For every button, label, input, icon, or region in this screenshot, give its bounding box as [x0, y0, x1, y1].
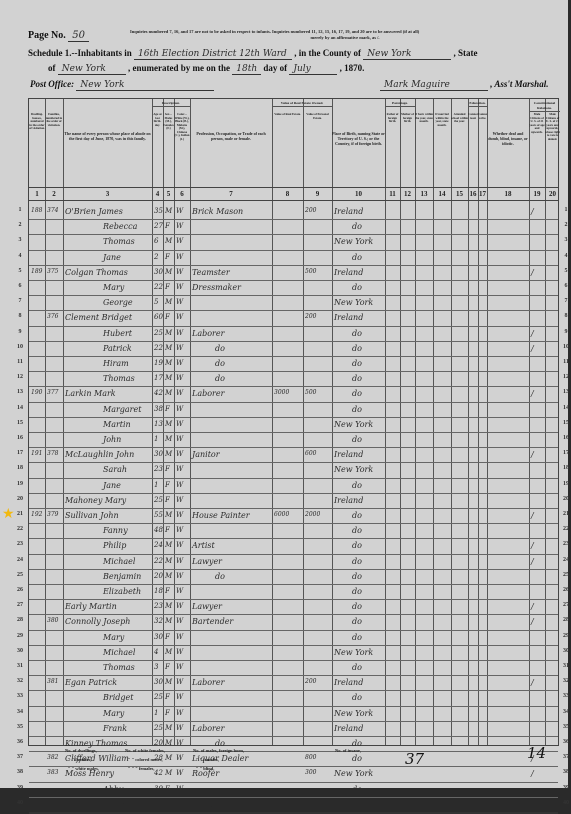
day-value: 18th: [232, 64, 261, 75]
cell-age: 5: [154, 298, 158, 306]
cell-dwelling: 189: [31, 268, 42, 275]
row-number-right: 11: [560, 359, 571, 365]
cell-sex: F: [165, 405, 170, 413]
column-header-10: Place of Birth, naming State or Territor…: [332, 131, 385, 146]
column-number-2: 2: [45, 190, 63, 198]
state-label: , State: [454, 48, 478, 58]
cell-occupation: do: [215, 739, 225, 748]
cell-age: 25: [154, 329, 163, 337]
column-header-16: Cannot read.: [468, 113, 478, 183]
row-number-left: 13: [14, 389, 26, 395]
cell-name: Abby: [103, 785, 124, 794]
page-no-value: 50: [68, 30, 89, 42]
cell-personal: 200: [305, 207, 316, 214]
cell-birth: Ireland: [334, 678, 363, 687]
footer-blind: " " blind,: [196, 766, 214, 771]
cell-dwelling: 191: [31, 450, 42, 457]
cell-personal: 600: [305, 450, 316, 457]
cell-color: W: [176, 785, 183, 793]
cell-sex: M: [165, 268, 172, 276]
cell-birth: do: [352, 405, 362, 414]
cell-color: W: [176, 344, 183, 352]
cell-birth: New York: [334, 420, 373, 429]
footer-families: " " families,: [68, 757, 91, 762]
cell-birth: do: [352, 557, 362, 566]
cell-age: 39: [154, 785, 163, 793]
row-number-right: 10: [560, 344, 571, 350]
cell-c19: /: [531, 678, 534, 687]
column-number-12: 12: [400, 190, 415, 198]
cell-sex: M: [165, 420, 172, 428]
cell-name: Colgan Thomas: [65, 268, 128, 277]
marshal-name: Mark Maguire: [380, 80, 488, 91]
cell-personal: 300: [305, 769, 316, 776]
row-number-left: 28: [14, 617, 26, 623]
cell-occupation: Laborer: [192, 389, 224, 398]
column-header-5: Sex.--Males (M.), Females (F.): [163, 113, 174, 183]
cell-color: W: [176, 313, 183, 321]
cell-sex: F: [165, 709, 170, 717]
cell-personal: 200: [305, 313, 316, 320]
notice-line-2: merely by an affirmative mark, as /.: [130, 35, 560, 41]
footer-white-males: " " white males,: [68, 766, 99, 771]
cell-age: 3: [154, 663, 158, 671]
cell-personal: 800: [305, 754, 316, 761]
state-value: New York: [58, 64, 126, 75]
cell-occupation: Teamster: [192, 268, 230, 277]
header-bottom-divider: [29, 187, 558, 188]
row-number-left: 38: [14, 769, 26, 775]
cell-color: W: [176, 709, 183, 717]
row-number-left: 18: [14, 465, 26, 471]
cell-age: 22: [154, 557, 163, 565]
cell-color: W: [176, 283, 183, 291]
cell-age: 22: [154, 344, 163, 352]
group-header-constitutional: Constitutional Relations.: [529, 101, 560, 112]
cell-sex: M: [165, 511, 172, 519]
row-number-right: 28: [560, 617, 571, 623]
cell-c19: /: [531, 450, 534, 459]
footer-foreign-females: " " females,: [196, 757, 219, 762]
cell-sex: F: [165, 693, 170, 701]
cell-sex: M: [165, 207, 172, 215]
cell-age: 19: [154, 359, 163, 367]
cell-family: 383: [47, 769, 58, 776]
column-number-5: 5: [163, 190, 174, 198]
cell-birth: Ireland: [334, 207, 363, 216]
row-number-right: 25: [560, 572, 571, 578]
tally-37: 37: [405, 750, 424, 768]
row-number-right: 38: [560, 769, 571, 775]
cell-name: Thomas: [103, 237, 135, 246]
row-number-left: 26: [14, 587, 26, 593]
row-number-right: 16: [560, 435, 571, 441]
column-header-9: Value of Personal Estate.: [303, 113, 332, 183]
cell-name: Hubert: [103, 329, 132, 338]
cell-age: 27: [154, 222, 163, 230]
cell-birth: Ireland: [334, 268, 363, 277]
row-number-right: 9: [560, 329, 571, 335]
cell-family: 376: [47, 313, 58, 320]
column-number-9: 9: [303, 190, 332, 198]
cell-age: 13: [154, 420, 163, 428]
group-header-description: Description.: [152, 101, 190, 107]
column-header-8: Value of Real Estate.: [272, 113, 303, 183]
cell-age: 30: [154, 678, 163, 686]
column-header-6: Color.--White (W.), Black (B.), Mulatto …: [174, 113, 190, 183]
census-page: Page No. 50 Inquiries numbered 7, 16, an…: [0, 0, 568, 788]
cell-color: W: [176, 207, 183, 215]
cell-family: 380: [47, 617, 58, 624]
inquiry-notice: Inquiries numbered 7, 16, and 17 are not…: [130, 29, 560, 41]
cell-occupation: do: [215, 359, 225, 368]
column-number-10: 10: [332, 190, 385, 198]
cell-birth: do: [352, 785, 362, 794]
cell-sex: M: [165, 359, 172, 367]
cell-dwelling: 190: [31, 389, 42, 396]
row-number-left: 36: [14, 739, 26, 745]
row-number-left: 39: [14, 785, 26, 791]
cell-color: W: [176, 633, 183, 641]
cell-sex: M: [165, 617, 172, 625]
cell-name: Sullivan John: [65, 511, 119, 520]
cell-birth: do: [352, 359, 362, 368]
cell-birth: Ireland: [334, 313, 363, 322]
row-number-right: 39: [560, 785, 571, 791]
cell-occupation: Artist: [192, 541, 215, 550]
column-header-3: The name of every person whose place of …: [63, 131, 152, 141]
cell-family: 382: [47, 754, 58, 761]
census-table: Dwelling-houses, numbered in the order o…: [28, 98, 559, 746]
row-number-left: 20: [14, 496, 26, 502]
cell-name: Jane: [103, 481, 121, 490]
cell-c19: /: [531, 268, 534, 277]
cell-birth: do: [352, 602, 362, 611]
year-value: , 1870.: [340, 63, 365, 73]
column-number-7: 7: [190, 190, 272, 198]
cell-name: Mary: [103, 633, 124, 642]
cell-personal: 200: [305, 678, 316, 685]
cell-name: McLaughlin John: [65, 450, 134, 459]
column-number-14: 14: [433, 190, 451, 198]
cell-sex: M: [165, 344, 172, 352]
cell-family: 378: [47, 450, 58, 457]
row-number-left: 37: [14, 754, 26, 760]
cell-birth: do: [352, 344, 362, 353]
column-number-1: 1: [29, 190, 45, 198]
column-header-19: Male Citizens of U. S. of 21 years of ag…: [529, 113, 545, 183]
cell-birth: do: [352, 587, 362, 596]
cell-age: 22: [154, 283, 163, 291]
row-number-left: 3: [14, 237, 26, 243]
row-number-left: 1: [14, 207, 26, 213]
cell-birth: do: [352, 511, 362, 520]
cell-name: Kinney Thomas: [65, 739, 127, 748]
row-number-left: 12: [14, 374, 26, 380]
cell-occupation: Laborer: [192, 678, 224, 687]
cell-sex: M: [165, 769, 172, 777]
row-number-left: 4: [14, 253, 26, 259]
footer-insane: No. of insane,: [335, 748, 361, 753]
cell-color: W: [176, 572, 183, 580]
cell-color: W: [176, 222, 183, 230]
enumeration-line: of New York , enumerated by me on the 18…: [48, 63, 364, 75]
cell-occupation: Brick Mason: [192, 207, 243, 216]
column-header-2: Families, numbered in the order of visit…: [45, 113, 63, 183]
cell-age: 38: [154, 405, 163, 413]
row-number-left: 31: [14, 663, 26, 669]
row-number-right: 5: [560, 268, 571, 274]
cell-color: W: [176, 450, 183, 458]
cell-c19: /: [531, 617, 534, 626]
cell-occupation: do: [215, 374, 225, 383]
cell-birth: do: [352, 374, 362, 383]
group-header-parentage: Parentage.: [385, 101, 415, 107]
cell-c19: /: [531, 344, 534, 353]
cell-color: W: [176, 587, 183, 595]
cell-occupation: House Painter: [192, 511, 250, 520]
column-header-20: Male Citizens of U. S. of 21 years and u…: [545, 113, 560, 183]
cell-name: George: [103, 298, 133, 307]
cell-sex: F: [165, 465, 170, 473]
cell-sex: M: [165, 374, 172, 382]
cell-color: W: [176, 268, 183, 276]
cell-age: 1: [154, 709, 158, 717]
cell-birth: New York: [334, 237, 373, 246]
cell-name: Egan Patrick: [65, 678, 117, 687]
row-number-right: 24: [560, 557, 571, 563]
cell-real: 3000: [274, 389, 289, 396]
cell-age: 25: [154, 724, 163, 732]
row-number-left: 33: [14, 693, 26, 699]
cell-age: 35: [154, 207, 163, 215]
cell-name: Hiram: [103, 359, 129, 368]
tally-14: 14: [527, 744, 546, 762]
cell-birth: do: [352, 663, 362, 672]
cell-age: 20: [154, 572, 163, 580]
row-number-right: 36: [560, 739, 571, 745]
cell-name: Michael: [103, 557, 135, 566]
column-header-12: Mother of foreign birth.: [400, 113, 415, 183]
row-number-right: 12: [560, 374, 571, 380]
row-number-right: 35: [560, 724, 571, 730]
schedule-line: Schedule 1.--Inhabitants in 16th Electio…: [28, 48, 478, 60]
of-label: of: [48, 63, 56, 73]
row-number-right: 26: [560, 587, 571, 593]
cell-family: 381: [47, 678, 58, 685]
cell-sex: M: [165, 237, 172, 245]
cell-name: Bridget: [103, 693, 133, 702]
cell-sex: F: [165, 587, 170, 595]
cell-name: Elizabeth: [103, 587, 141, 596]
cell-age: 55: [154, 511, 163, 519]
column-header-14: If married within the year, state month.: [433, 113, 451, 183]
row-number-right: 17: [560, 450, 571, 456]
cell-name: Mary: [103, 283, 124, 292]
cell-color: W: [176, 769, 183, 777]
cell-personal: 500: [305, 268, 316, 275]
column-number-8: 8: [272, 190, 303, 198]
cell-age: 42: [154, 769, 163, 777]
column-number-20: 20: [545, 190, 560, 198]
cell-name: Clement Bridget: [65, 313, 132, 322]
cell-birth: do: [352, 222, 362, 231]
footer-white-females: No. of white females,: [125, 748, 165, 753]
footer-foreign-males: No. of males, foreign born,: [193, 748, 244, 753]
cell-sex: M: [165, 329, 172, 337]
column-number-18: 18: [487, 190, 529, 198]
row-number-right: 1: [560, 207, 571, 213]
row-number-left: 29: [14, 633, 26, 639]
row-number-right: 2: [560, 222, 571, 228]
cell-personal: 2000: [305, 511, 320, 518]
row-number-right: 7: [560, 298, 571, 304]
row-number-left: 22: [14, 526, 26, 532]
column-header-1: Dwelling-houses, numbered in the order o…: [29, 113, 45, 183]
column-number-3: 3: [63, 190, 152, 198]
column-number-17: 17: [478, 190, 487, 198]
post-office-line: Post Office: New York: [30, 79, 214, 91]
column-header-13: If born within the year, state month.: [415, 113, 433, 183]
row-number-right: 23: [560, 541, 571, 547]
cell-birth: New York: [334, 648, 373, 657]
cell-color: W: [176, 754, 183, 762]
row-number-right: 22: [560, 526, 571, 532]
row-number-right: 29: [560, 633, 571, 639]
cell-c19: /: [531, 207, 534, 216]
footer-females: " " " females,: [128, 766, 155, 771]
cell-sex: M: [165, 739, 172, 747]
cell-age: 18: [154, 587, 163, 595]
cell-age: 4: [154, 648, 158, 656]
cell-family: 374: [47, 207, 58, 214]
page-number: Page No. 50: [28, 30, 89, 42]
column-number-6: 6: [174, 190, 190, 198]
cell-color: W: [176, 237, 183, 245]
cell-age: 48: [154, 526, 163, 534]
row-number-right: 31: [560, 663, 571, 669]
column-header-11: Father of foreign birth.: [385, 113, 400, 183]
cell-age: 23: [154, 465, 163, 473]
row-number-right: 18: [560, 465, 571, 471]
column-number-19: 19: [529, 190, 545, 198]
county-value: New York: [363, 49, 451, 60]
cell-occupation: Bartender: [192, 617, 233, 626]
row-number-left: 17: [14, 450, 26, 456]
cell-sex: M: [165, 435, 172, 443]
row-number-right: 34: [560, 709, 571, 715]
marshal-line: Mark Maguire , Ass't Marshal.: [380, 79, 548, 91]
cell-age: 1: [154, 435, 158, 443]
cell-name: Martin: [103, 420, 131, 429]
post-office-label: Post Office:: [30, 79, 74, 89]
cell-color: W: [176, 298, 183, 306]
row-number-right: 37: [560, 754, 571, 760]
cell-birth: do: [352, 633, 362, 642]
cell-birth: Ireland: [334, 450, 363, 459]
district-value: 16th Election District 12th Ward: [134, 49, 292, 60]
cell-color: W: [176, 481, 183, 489]
cell-name: Thomas: [103, 663, 135, 672]
cell-occupation: Laborer: [192, 724, 224, 733]
post-office-value: New York: [76, 80, 214, 91]
cell-birth: do: [352, 693, 362, 702]
column-header-7: Profession, Occupation, or Trade of each…: [190, 131, 272, 141]
cell-sex: M: [165, 541, 172, 549]
row-number-right: 27: [560, 602, 571, 608]
cell-name: Benjamin: [103, 572, 141, 581]
cell-sex: F: [165, 253, 170, 261]
row-number-right: 6: [560, 283, 571, 289]
row-number-left: 19: [14, 481, 26, 487]
cell-name: Early Martin: [65, 602, 117, 611]
day-of-label: day of: [263, 63, 287, 73]
cell-color: W: [176, 526, 183, 534]
cell-birth: do: [352, 739, 362, 748]
cell-color: W: [176, 739, 183, 747]
cell-color: W: [176, 648, 183, 656]
row-number-left: 7: [14, 298, 26, 304]
cell-age: 25: [154, 496, 163, 504]
cell-c19: /: [531, 602, 534, 611]
footer-colored-males: " " colored males,: [128, 757, 163, 762]
cell-color: W: [176, 678, 183, 686]
cell-name: Thomas: [103, 374, 135, 383]
row-number-left: 24: [14, 557, 26, 563]
cell-color: W: [176, 541, 183, 549]
cell-color: W: [176, 602, 183, 610]
cell-name: Philip: [103, 541, 126, 550]
group-header-education: Education.: [468, 101, 487, 107]
cell-sex: M: [165, 389, 172, 397]
cell-age: 20: [154, 739, 163, 747]
cell-birth: do: [352, 541, 362, 550]
cell-real: 6000: [274, 511, 289, 518]
cell-family: 375: [47, 268, 58, 275]
cell-name: Margaret: [103, 405, 141, 414]
row-number-left: 10: [14, 344, 26, 350]
row-number-right: 8: [560, 313, 571, 319]
column-header-4: Age at last birth-day.: [152, 113, 163, 183]
row-number-right: 3: [560, 237, 571, 243]
column-number-divider: [29, 200, 558, 201]
cell-occupation: do: [215, 344, 225, 353]
row-number-left: 35: [14, 724, 26, 730]
cell-birth: do: [352, 754, 362, 763]
cell-sex: M: [165, 557, 172, 565]
cell-occupation: Lawyer: [192, 602, 222, 611]
cell-age: 60: [154, 313, 163, 321]
schedule-label: Schedule 1.--Inhabitants in: [28, 48, 132, 58]
cell-occupation: Lawyer: [192, 557, 222, 566]
cell-c19: /: [531, 329, 534, 338]
star-icon[interactable]: ★: [2, 508, 15, 522]
row-number-left: 23: [14, 541, 26, 547]
cell-color: W: [176, 693, 183, 701]
cell-birth: New York: [334, 465, 373, 474]
cell-c19: /: [531, 557, 534, 566]
cell-family: 377: [47, 389, 58, 396]
cell-name: Sarah: [103, 465, 127, 474]
row-number-left: 15: [14, 420, 26, 426]
cell-birth: Ireland: [334, 496, 363, 505]
marshal-label: , Ass't Marshal.: [490, 79, 548, 89]
page-no-label: Page No.: [28, 30, 66, 41]
cell-sex: F: [165, 313, 170, 321]
cell-color: W: [176, 359, 183, 367]
row-number-right: 32: [560, 678, 571, 684]
row-number-left: 25: [14, 572, 26, 578]
